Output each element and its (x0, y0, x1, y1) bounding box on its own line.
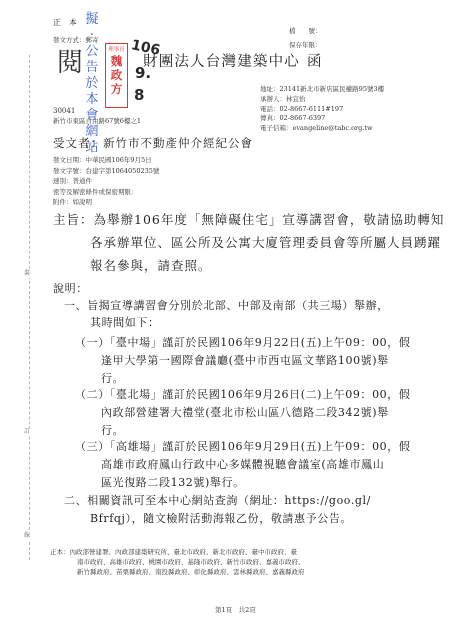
doc-attachment: 附件：如說明 (53, 197, 159, 208)
copies-line-1: 正本：內政部營建署、內政部建築研究所、臺北市政府、新北市政府、臺中市政府、臺 (50, 547, 305, 557)
note-char: 擬 (85, 12, 98, 27)
session-kaohsiung-line-1: （三）「高雄場」謹訂於民國106年9月29日(五)上午09：00，假 (75, 438, 410, 454)
doc-secrecy: 密等及解密條件或保密期限： (53, 187, 159, 198)
session-taichung-line-2: 逢甲大學第一國際會議廳(臺中市西屯區文華路100號)舉 (101, 352, 389, 368)
recipient: 受文者：新竹市不動產仲介經紀公會 (53, 135, 253, 151)
stamp-char: 方 (106, 82, 127, 96)
binding-mark-zhuang: 裝 (24, 270, 30, 278)
copies-line-2: 南市政府、高雄市政府、桃園市政府、基隆市政府、新竹市政府、嘉義市政府、 (50, 557, 305, 567)
subject-line-1: 主旨：為舉辦106年度「無障礙住宅」宣導講習會，敬請協助轉知 (53, 210, 444, 228)
stamp-char: 魏 (106, 54, 127, 68)
session-taichung-line-3: 行。 (101, 370, 124, 386)
session-kaohsiung-line-3: 區光復路二段132號)舉行。 (101, 474, 245, 490)
doc-number: 發文字號：台建字第1064050235號 (53, 166, 159, 177)
doc-date: 發文日期：中華民國106年9月5日 (53, 155, 159, 166)
sender-address: 地址：23141新北市新店區民權路95號3樓 (260, 85, 384, 95)
recipient-address: 新竹市東區自由路67號6樓之1 (53, 116, 141, 125)
copies-line-3: 新竹縣政府、苗栗縣政府、南投縣政府、彰化縣政府、雲林縣政府、嘉義縣政府 (50, 567, 305, 577)
doc-speed: 速別：普通件 (53, 176, 159, 187)
postal-code: 30041 (53, 107, 75, 115)
note-char: 本 (85, 92, 98, 107)
contact-email[interactable]: 電子信箱：evangeline@tabc.org.tw (260, 124, 384, 134)
contact-phone: 電話：02-8667-6111#197 (260, 105, 384, 115)
read-mark: 閱 (57, 42, 83, 79)
copy-type: 正 本 (53, 17, 77, 28)
explanation-item-2-line-2: Bfrfqj），隨文檢附活動海報乙份，敬請惠予公告。 (90, 510, 352, 526)
contact-person: 承辦人：林宜怡 (260, 95, 384, 105)
doc-meta: 發文日期：中華民國106年9月5日 發文字號：台建字第1064050235號 速… (53, 155, 159, 208)
binding-mark-xian: 線 (24, 532, 30, 540)
subject-line-2: 各承辦單位、區公所及公寓大廈管理委員會等所屬人員踴躍 (90, 233, 441, 251)
session-taipei-line-1: （二）「臺北場」謹訂於民國106年9月26日(二)上午09：00，假 (75, 386, 410, 402)
session-taipei-line-2: 內政部營建署大禮堂(臺北市松山區八德路二段342號)舉 (101, 404, 389, 420)
retention-label: 保存年限： (289, 40, 322, 49)
page-number: 第1頁 共2頁 (215, 605, 256, 614)
contact-fax: 傳真：02-8667-6397 (260, 114, 384, 124)
note-char: 告 (85, 60, 98, 75)
note-char: 於 (85, 76, 98, 91)
sender-contact: 地址：23141新北市新店區民權路95號3樓 承辦人：林宜怡 電話：02-866… (260, 85, 384, 134)
binding-line (29, 55, 30, 560)
stamp-char: 政 (106, 68, 127, 82)
explanation-item-1-line-1: 一、旨揭宣導講習會分別於北部、中部及南部（共三場）舉辦， (64, 297, 389, 313)
doc-type: 函 (307, 50, 323, 71)
file-no-label: 檔 號： (289, 26, 322, 35)
stamp-title: 理事長 (106, 47, 127, 54)
explanation-label: 說明： (53, 280, 88, 296)
org-title: 財團法人台灣建築中心 (143, 50, 300, 71)
session-taichung-line-1: （一）「臺中場」謹訂於民國106年9月22日(五)上午09：00，假 (75, 334, 410, 350)
chairman-stamp: 理事長 魏 政 方 (105, 43, 128, 108)
session-kaohsiung-line-2: 高雄市政府鳳山行政中心多媒體視聽會議室(高雄市鳳山 (101, 456, 384, 472)
session-taipei-line-3: 行。 (101, 422, 124, 438)
handwritten-date-day: 8 (134, 86, 144, 104)
subject-line-3: 報名參與，請查照。 (90, 256, 212, 274)
note-char: · (90, 28, 94, 43)
note-char: 公 (85, 44, 98, 59)
explanation-item-2-line-1: 二、相關資訊可至本中心網站查詢（網址：https://goo.gl/ (64, 492, 371, 508)
copies-list: 正本：內政部營建署、內政部建築研究所、臺北市政府、新北市政府、臺中市政府、臺 南… (50, 547, 305, 577)
binding-mark-ding: 訂 (24, 428, 30, 436)
explanation-item-1-line-2: 其時間如下： (90, 314, 160, 330)
